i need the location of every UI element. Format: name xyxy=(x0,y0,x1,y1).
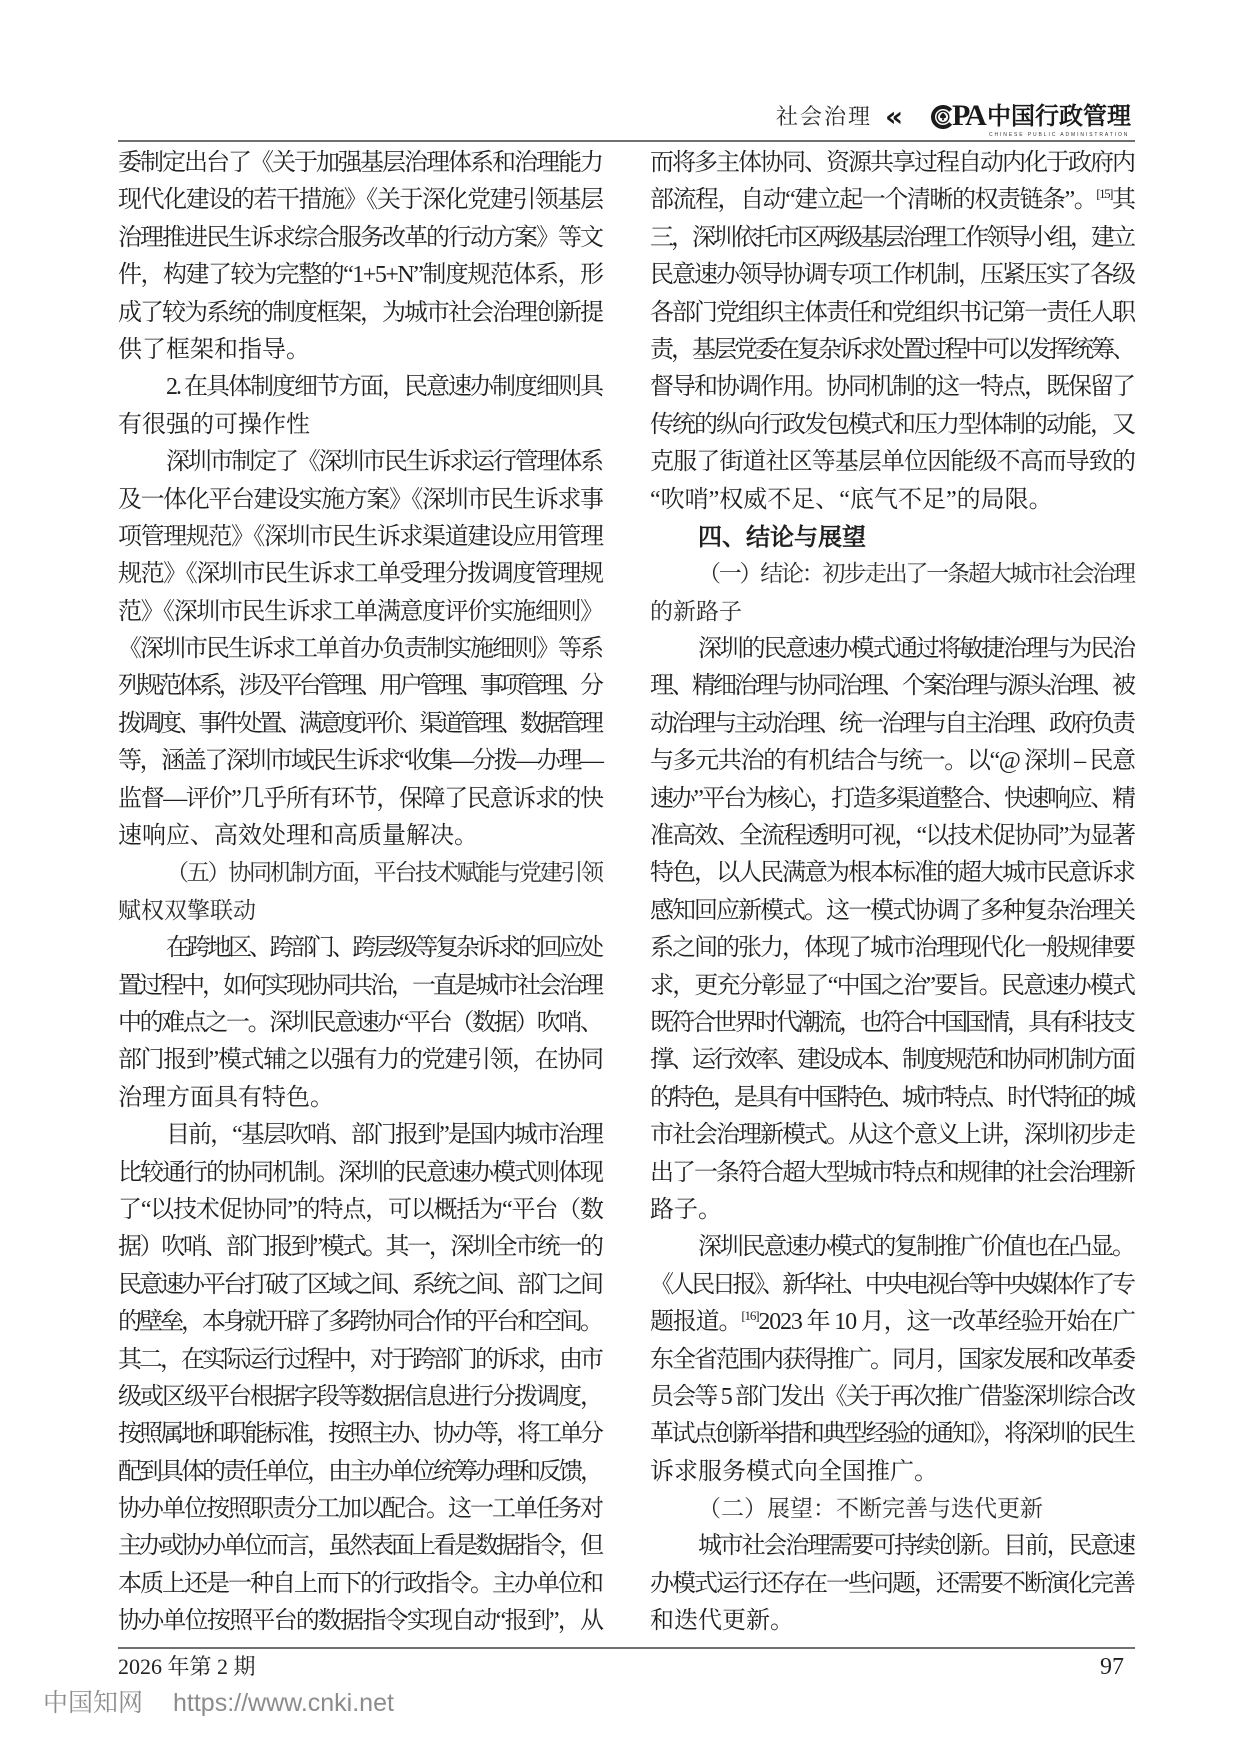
text-segment: 题报道。 xyxy=(650,1309,741,1335)
line-text: 市社会治理新模式。从这个意义上讲，深圳初步走 xyxy=(650,1122,1134,1148)
line-text: 拨调度、事件处置、满意度评价、渠道管理、数据管理 xyxy=(118,711,600,737)
text-line: 监督—评价”几乎所有环节，保障了民意诉求的快 xyxy=(118,781,604,818)
line-text: 深圳市制定了《深圳市民生诉求运行管理体系 xyxy=(166,449,602,475)
line-text: 《人民日报》、新华社、中央电视台等中央媒体作了专 xyxy=(650,1272,1133,1298)
line-text: 《深圳市民生诉求工单首办负责制实施细则》等系 xyxy=(118,636,602,662)
text-line: 城市社会治理需要可持续创新。目前，民意速 xyxy=(650,1528,1136,1565)
text-line: （二）展望：不断完善与迭代更新 xyxy=(650,1491,1136,1528)
text-segment: 2023 年 10 月，这一改革经验开始在广 xyxy=(758,1309,1134,1335)
line-text: 系之间的张力，体现了城市治理现代化一般规律要 xyxy=(650,935,1134,961)
text-line: 特色，以人民满意为根本标准的超大城市民意诉求 xyxy=(650,855,1136,892)
line-text: 置过程中，如何实现协同共治，一直是城市社会治理 xyxy=(118,973,601,999)
paragraph: 目前，“基层吹哨、部门报到”是国内城市治理比较通行的协同机制。深圳的民意速办模式… xyxy=(118,1117,604,1640)
text-line: 成了较为系统的制度框架，为城市社会治理创新提 xyxy=(118,295,604,332)
text-line: 的新路子 xyxy=(650,594,1136,631)
cnki-watermark-url: https://www.cnki.net xyxy=(173,1687,394,1719)
text-line: 级或区级平台根据字段等数据信息进行分拨调度， xyxy=(118,1379,604,1416)
line-text: 督导和协调作用。协同机制的这一特点，既保留了 xyxy=(650,374,1134,400)
line-text: 级或区级平台根据字段等数据信息进行分拨调度， xyxy=(118,1384,602,1410)
text-line: 民意速办领导协调专项工作机制，压紧压实了各级 xyxy=(650,257,1136,294)
text-line: 四、结论与展望 xyxy=(650,519,1136,556)
text-line: 项管理规范》《深圳市民生诉求渠道建设应用管理 xyxy=(118,519,604,556)
line-text: 协办单位按照职责分工加以配合。这一工单任务对 xyxy=(118,1496,602,1522)
line-text: 委制定出台了《关于加强基层治理体系和治理能力 xyxy=(118,150,602,176)
header-rule xyxy=(118,140,1135,142)
text-line: 而将多主体协同、资源共享过程自动内化于政府内 xyxy=(650,145,1136,182)
line-text: 配到具体的责任单位，由主办单位统筹办理和反馈， xyxy=(118,1459,601,1485)
subsection-heading: （二）展望：不断完善与迭代更新 xyxy=(650,1491,1136,1528)
line-text: 本质上还是一种自上而下的行政指令。主办单位和 xyxy=(118,1571,602,1597)
line-text: 撑、运行效率、建设成本、制度规范和协同机制方面 xyxy=(650,1047,1133,1073)
text-line: 市社会治理新模式。从这个意义上讲，深圳初步走 xyxy=(650,1117,1136,1154)
text-line: 员会等 5 部门发出《关于再次推广借鉴深圳综合改 xyxy=(650,1379,1136,1416)
line-text: 供了框架和指导。 xyxy=(118,337,310,363)
text-line: 速办”平台为核心，打造多渠道整合、快速响应、精 xyxy=(650,781,1136,818)
text-line: 拨调度、事件处置、满意度评价、渠道管理、数据管理 xyxy=(118,706,604,743)
paragraph: 在跨地区、跨部门、跨层级等复杂诉求的回应处置过程中，如何实现协同共治，一直是城市… xyxy=(118,930,604,1117)
text-line: 系之间的张力，体现了城市治理现代化一般规律要 xyxy=(650,930,1136,967)
paragraph: 而将多主体协同、资源共享过程自动内化于政府内部流程，自动“建立起一个清晰的权责链… xyxy=(650,145,1136,519)
line-text: 四、结论与展望 xyxy=(698,524,866,551)
text-line: 深圳的民意速办模式通过将敏捷治理与为民治 xyxy=(650,631,1136,668)
text-line: 路子。 xyxy=(650,1192,1136,1229)
text-line: 有很强的可操作性 xyxy=(118,407,604,444)
line-text: 员会等 5 部门发出《关于再次推广借鉴深圳综合改 xyxy=(650,1384,1134,1410)
line-text: 协办单位按照平台的数据指令实现自动“报到”，从 xyxy=(118,1608,602,1634)
logo-abbreviation: PA xyxy=(952,101,984,131)
line-text: 治理推进民生诉求综合服务改革的行动方案》等文 xyxy=(118,225,602,251)
line-text: 与多元共治的有机结合与统一。以“@ 深圳 – 民意 xyxy=(650,748,1135,774)
text-line: 比较通行的协同机制。深圳的民意速办模式则体现 xyxy=(118,1155,604,1192)
line-text: 求，更充分彰显了“中国之治”要旨。民意速办模式 xyxy=(650,973,1134,999)
line-text: 责，基层党委在复杂诉求处置过程中可以发挥统筹、 xyxy=(650,337,1133,363)
page-number: 97 xyxy=(1098,1653,1124,1681)
text-line: 治理推进民生诉求综合服务改革的行动方案》等文 xyxy=(118,220,604,257)
left-column: 委制定出台了《关于加强基层治理体系和治理能力现代化建设的若干措施》《关于深化党建… xyxy=(118,145,604,1641)
text-line: 现代化建设的若干措施》《关于深化党建引领基层 xyxy=(118,182,604,219)
line-text: 题报道。[16]2023 年 10 月，这一改革经验开始在广 xyxy=(650,1309,1135,1335)
line-text: 动治理与主动治理、统一治理与自主治理、政府负责 xyxy=(650,711,1133,737)
line-text: 的壁垒，本身就开辟了多跨协同合作的平台和空间。 xyxy=(118,1309,601,1335)
line-text: 速响应、高效处理和高质量解决。 xyxy=(118,823,478,849)
line-text: 各部门党组织主体责任和党组织书记第一责任人职 xyxy=(650,300,1134,326)
text-line: 部门报到”模式辅之以强有力的党建引领，在协同 xyxy=(118,1042,604,1079)
line-text: 速办”平台为核心，打造多渠道整合、快速响应、精 xyxy=(650,786,1134,812)
text-line: 《深圳市民生诉求工单首办负责制实施细则》等系 xyxy=(118,631,604,668)
line-text: 项管理规范》《深圳市民生诉求渠道建设应用管理 xyxy=(118,524,603,550)
line-text: 现代化建设的若干措施》《关于深化党建引领基层 xyxy=(118,187,603,213)
text-line: 协办单位按照职责分工加以配合。这一工单任务对 xyxy=(118,1491,604,1528)
text-line: 置过程中，如何实现协同共治，一直是城市社会治理 xyxy=(118,968,604,1005)
paragraph: 城市社会治理需要可持续创新。目前，民意速办模式运行还存在一些问题，还需要不断演化… xyxy=(650,1528,1136,1640)
text-segment: 部流程，自动“建立起一个清晰的权责链条”。 xyxy=(650,187,1096,213)
double-chevron-left-icon: « xyxy=(885,100,903,134)
line-text: 民意速办领导协调专项工作机制，压紧压实了各级 xyxy=(650,262,1134,288)
text-line: 供了框架和指导。 xyxy=(118,332,604,369)
line-text: 特色，以人民满意为根本标准的超大城市民意诉求 xyxy=(650,860,1134,886)
line-text: 传统的纵向行政发包模式和压力型体制的动能，又 xyxy=(650,412,1134,438)
line-text: 件，构建了较为完整的“1+5+N”制度规范体系，形 xyxy=(118,262,603,288)
text-line: 范》《深圳市民生诉求工单满意度评价实施细则》 xyxy=(118,594,604,631)
line-text: 克服了街道社区等基层单位因能级不高而导致的 xyxy=(650,449,1135,475)
line-text: 成了较为系统的制度框架，为城市社会治理创新提 xyxy=(118,300,602,326)
section-label: 社会治理 xyxy=(776,103,872,133)
line-text: 在跨地区、跨部门、跨层级等复杂诉求的回应处 xyxy=(166,935,601,961)
text-line: 本质上还是一种自上而下的行政指令。主办单位和 xyxy=(118,1566,604,1603)
line-text: 有很强的可操作性 xyxy=(118,412,310,438)
line-text: 比较通行的协同机制。深圳的民意速办模式则体现 xyxy=(118,1160,602,1186)
paragraph: 深圳民意速办模式的复制推广价值也在凸显。《人民日报》、新华社、中央电视台等中央媒… xyxy=(650,1229,1136,1491)
text-line: 办模式运行还存在一些问题，还需要不断演化完善 xyxy=(650,1566,1136,1603)
text-line: 和迭代更新。 xyxy=(650,1603,1136,1640)
line-text: 既符合世界时代潮流，也符合中国国情，具有科技支 xyxy=(650,1010,1133,1036)
line-text: 范》《深圳市民生诉求工单满意度评价实施细则》 xyxy=(118,599,603,625)
footer-rule xyxy=(118,1647,1135,1649)
text-line: 协办单位按照平台的数据指令实现自动“报到”，从 xyxy=(118,1603,604,1640)
line-text: 其二，在实际运行过程中，对于跨部门的诉求，由市 xyxy=(118,1347,601,1373)
line-text: 理、精细治理与协同治理、个案治理与源头治理、被 xyxy=(650,673,1133,699)
line-text: 出了一条符合超大型城市特点和规律的社会治理新 xyxy=(650,1160,1134,1186)
line-text: 感知回应新模式。这一模式协调了多种复杂治理关 xyxy=(650,898,1134,924)
line-text: 目前，“基层吹哨、部门报到”是国内城市治理 xyxy=(166,1122,602,1148)
line-text: 的新路子 xyxy=(650,599,742,625)
text-line: 委制定出台了《关于加强基层治理体系和治理能力 xyxy=(118,145,604,182)
text-line: 等，涵盖了深圳市域民生诉求“收集—分拨—办理— xyxy=(118,743,604,780)
text-line: 深圳市制定了《深圳市民生诉求运行管理体系 xyxy=(118,444,604,481)
text-line: “吹哨”权威不足、“底气不足”的局限。 xyxy=(650,482,1136,519)
text-line: 责，基层党委在复杂诉求处置过程中可以发挥统筹、 xyxy=(650,332,1136,369)
text-line: 求，更充分彰显了“中国之治”要旨。民意速办模式 xyxy=(650,968,1136,1005)
line-text: 和迭代更新。 xyxy=(650,1608,794,1634)
citation-marker: [16] xyxy=(741,1308,758,1323)
line-text: 监督—评价”几乎所有环节，保障了民意诉求的快 xyxy=(118,786,603,812)
text-line: 目前，“基层吹哨、部门报到”是国内城市治理 xyxy=(118,1117,604,1154)
text-line: 的壁垒，本身就开辟了多跨协同合作的平台和空间。 xyxy=(118,1304,604,1341)
text-line: 在跨地区、跨部门、跨层级等复杂诉求的回应处 xyxy=(118,930,604,967)
text-line: 动治理与主动治理、统一治理与自主治理、政府负责 xyxy=(650,706,1136,743)
line-text: 治理方面具有特色。 xyxy=(118,1085,334,1111)
text-line: 据）吹哨、部门报到”模式。其一，深圳全市统一的 xyxy=(118,1229,604,1266)
text-line: 深圳民意速办模式的复制推广价值也在凸显。 xyxy=(650,1229,1136,1266)
line-text: 了“以技术促协同”的特点，可以概括为“平台（数 xyxy=(118,1197,603,1223)
line-text: 城市社会治理需要可持续创新。目前，民意速 xyxy=(698,1533,1134,1559)
line-text: 按照属地和职能标准，按照主办、协办等，将工单分 xyxy=(118,1421,601,1447)
text-line: 克服了街道社区等基层单位因能级不高而导致的 xyxy=(650,444,1136,481)
text-line: 理、精细治理与协同治理、个案治理与源头治理、被 xyxy=(650,668,1136,705)
text-line: 革试点创新举措和典型经验的通知》，将深圳的民生 xyxy=(650,1416,1136,1453)
line-text: 民意速办平台打破了区域之间、系统之间、部门之间 xyxy=(118,1272,601,1298)
text-line: 速响应、高效处理和高质量解决。 xyxy=(118,818,604,855)
line-text: 列规范体系，涉及平台管理、用户管理、事项管理、分 xyxy=(118,673,600,699)
journal-english-title: CHINESE PUBLIC ADMINISTRATION xyxy=(989,132,1129,139)
issue-label: 2026 年第 2 期 xyxy=(118,1654,256,1680)
text-line: 诉求服务模式向全国推广。 xyxy=(650,1454,1136,1491)
text-line: 列规范体系，涉及平台管理、用户管理、事项管理、分 xyxy=(118,668,604,705)
line-text: 东全省范围内获得推广。同月，国家发展和改革委 xyxy=(650,1347,1134,1373)
text-line: 各部门党组织主体责任和党组织书记第一责任人职 xyxy=(650,295,1136,332)
line-text: 三，深圳依托市区两级基层治理工作领导小组，建立 xyxy=(650,225,1133,251)
text-line: 治理方面具有特色。 xyxy=(118,1080,604,1117)
paragraph: 深圳市制定了《深圳市民生诉求运行管理体系及一体化平台建设实施方案》《深圳市民生诉… xyxy=(118,444,604,855)
text-line: 既符合世界时代潮流，也符合中国国情，具有科技支 xyxy=(650,1005,1136,1042)
text-line: 的特色，是具有中国特色、城市特点、时代特征的城 xyxy=(650,1080,1136,1117)
journal-page: 社会治理 « PA 中国行政管理 CHINESE PUBLIC ADMINIST… xyxy=(0,0,1241,1754)
line-text: 的特色，是具有中国特色、城市特点、时代特征的城 xyxy=(650,1085,1133,1111)
text-line: 出了一条符合超大型城市特点和规律的社会治理新 xyxy=(650,1155,1136,1192)
text-line: 及一体化平台建设实施方案》《深圳市民生诉求事 xyxy=(118,482,604,519)
line-text: （一）结论：初步走出了一条超大城市社会治理 xyxy=(698,561,1134,587)
line-text: 深圳民意速办模式的复制推广价值也在凸显。 xyxy=(698,1234,1134,1260)
text-line: 传统的纵向行政发包模式和压力型体制的动能，又 xyxy=(650,407,1136,444)
paragraph: 委制定出台了《关于加强基层治理体系和治理能力现代化建设的若干措施》《关于深化党建… xyxy=(118,145,604,369)
line-text: 诉求服务模式向全国推广。 xyxy=(650,1459,938,1485)
text-line: 感知回应新模式。这一模式协调了多种复杂治理关 xyxy=(650,893,1136,930)
text-line: 与多元共治的有机结合与统一。以“@ 深圳 – 民意 xyxy=(650,743,1136,780)
section-heading: 四、结论与展望 xyxy=(650,519,1136,556)
text-line: 主办或协办单位而言，虽然表面上看是数据指令，但 xyxy=(118,1528,604,1565)
journal-title: 中国行政管理 xyxy=(987,104,1131,130)
text-line: 部流程，自动“建立起一个清晰的权责链条”。[15]其 xyxy=(650,182,1136,219)
text-line: （一）结论：初步走出了一条超大城市社会治理 xyxy=(650,556,1136,593)
line-text: （二）展望：不断完善与迭代更新 xyxy=(698,1496,1043,1522)
subsection-heading: （一）结论：初步走出了一条超大城市社会治理的新路子 xyxy=(650,556,1136,631)
line-text: 规范》《深圳市民生诉求工单受理分拨调度管理规 xyxy=(118,561,603,587)
line-text: 及一体化平台建设实施方案》《深圳市民生诉求事 xyxy=(118,487,603,513)
line-text: 主办或协办单位而言，虽然表面上看是数据指令，但 xyxy=(118,1533,601,1559)
text-line: 准高效、全流程透明可视，“以技术促协同”为显著 xyxy=(650,818,1136,855)
line-text: 2. 在具体制度细节方面，民意速办制度细则具 xyxy=(166,374,602,400)
line-text: 等，涵盖了深圳市域民生诉求“收集—分拨—办理— xyxy=(118,748,602,774)
subsection-heading: （五）协同机制方面，平台技术赋能与党建引领赋权双擎联动 xyxy=(118,855,604,930)
text-line: 了“以技术促协同”的特点，可以概括为“平台（数 xyxy=(118,1192,604,1229)
text-line: 三，深圳依托市区两级基层治理工作领导小组，建立 xyxy=(650,220,1136,257)
text-line: 中的难点之一。深圳民意速办“平台（数据）吹哨、 xyxy=(118,1005,604,1042)
text-line: 配到具体的责任单位，由主办单位统筹办理和反馈， xyxy=(118,1454,604,1491)
line-text: 中的难点之一。深圳民意速办“平台（数据）吹哨、 xyxy=(118,1010,602,1036)
text-line: 东全省范围内获得推广。同月，国家发展和改革委 xyxy=(650,1342,1136,1379)
text-line: 其二，在实际运行过程中，对于跨部门的诉求，由市 xyxy=(118,1342,604,1379)
line-text: 而将多主体协同、资源共享过程自动内化于政府内 xyxy=(650,150,1134,176)
line-text: “吹哨”权威不足、“底气不足”的局限。 xyxy=(650,487,1053,513)
line-text: 赋权双擎联动 xyxy=(118,898,256,924)
line-text: 深圳的民意速办模式通过将敏捷治理与为民治 xyxy=(698,636,1134,662)
text-line: 赋权双擎联动 xyxy=(118,893,604,930)
line-text: 路子。 xyxy=(650,1197,722,1223)
text-line: （五）协同机制方面，平台技术赋能与党建引领 xyxy=(118,855,604,892)
line-text: （五）协同机制方面，平台技术赋能与党建引领 xyxy=(166,860,602,886)
text-line: 题报道。[16]2023 年 10 月，这一改革经验开始在广 xyxy=(650,1304,1136,1341)
line-text: 据）吹哨、部门报到”模式。其一，深圳全市统一的 xyxy=(118,1234,602,1260)
text-line: 民意速办平台打破了区域之间、系统之间、部门之间 xyxy=(118,1267,604,1304)
text-line: 件，构建了较为完整的“1+5+N”制度规范体系，形 xyxy=(118,257,604,294)
line-text: 部流程，自动“建立起一个清晰的权责链条”。[15]其 xyxy=(650,187,1135,213)
journal-logo: PA 中国行政管理 CHINESE PUBLIC ADMINISTRATION xyxy=(931,103,1137,139)
line-text: 办模式运行还存在一些问题，还需要不断演化完善 xyxy=(650,1571,1134,1597)
text-segment: 其 xyxy=(1112,187,1135,213)
numbered-point-heading: 2. 在具体制度细节方面，民意速办制度细则具有很强的可操作性 xyxy=(118,369,604,444)
text-line: 2. 在具体制度细节方面，民意速办制度细则具 xyxy=(118,369,604,406)
cnki-watermark-name: 中国知网 xyxy=(43,1687,143,1719)
text-line: 按照属地和职能标准，按照主办、协办等，将工单分 xyxy=(118,1416,604,1453)
paragraph: 深圳的民意速办模式通过将敏捷治理与为民治理、精细治理与协同治理、个案治理与源头治… xyxy=(650,631,1136,1229)
text-line: 督导和协调作用。协同机制的这一特点，既保留了 xyxy=(650,369,1136,406)
text-line: 规范》《深圳市民生诉求工单受理分拨调度管理规 xyxy=(118,556,604,593)
line-text: 革试点创新举措和典型经验的通知》，将深圳的民生 xyxy=(650,1421,1134,1447)
right-column: 而将多主体协同、资源共享过程自动内化于政府内部流程，自动“建立起一个清晰的权责链… xyxy=(650,145,1136,1641)
line-text: 准高效、全流程透明可视，“以技术促协同”为显著 xyxy=(650,823,1134,849)
text-line: 撑、运行效率、建设成本、制度规范和协同机制方面 xyxy=(650,1042,1136,1079)
citation-marker: [15] xyxy=(1096,186,1112,201)
text-line: 《人民日报》、新华社、中央电视台等中央媒体作了专 xyxy=(650,1267,1136,1304)
line-text: 部门报到”模式辅之以强有力的党建引领，在协同 xyxy=(118,1047,603,1073)
